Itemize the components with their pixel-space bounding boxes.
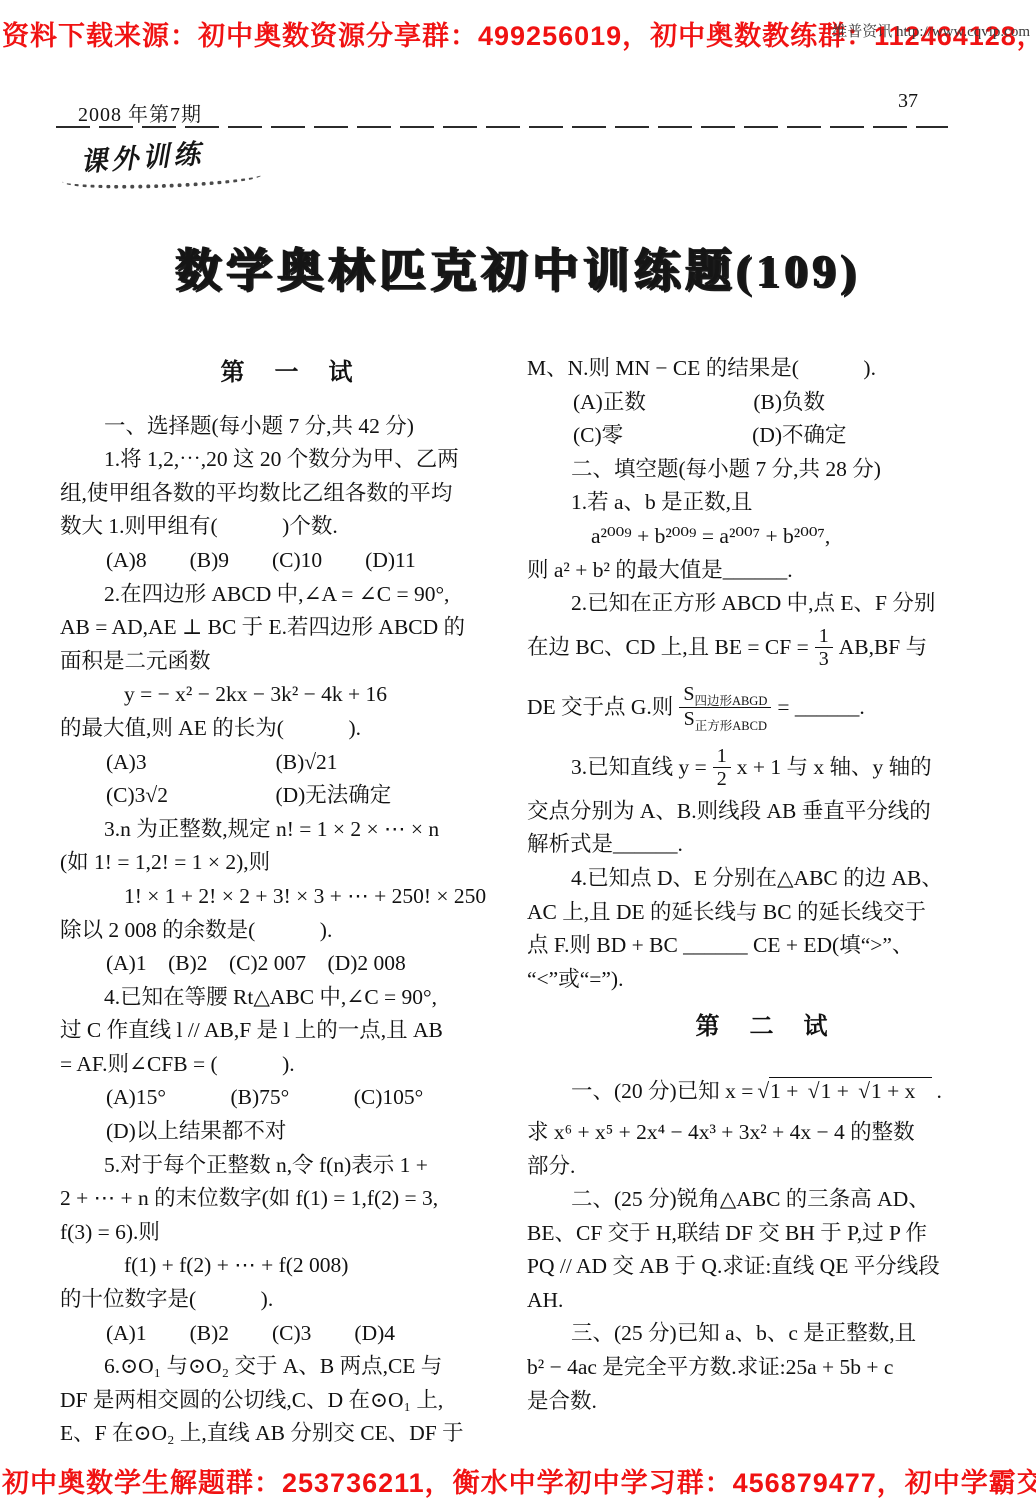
problem-line: 过 C 作直线 l // AB,F 是 l 上的一点,且 AB [60, 1014, 516, 1048]
text-segment: AB,BF 与 [839, 631, 927, 665]
problem-line: M、N.则 MN − CE 的结果是( ). [527, 352, 999, 386]
fraction-denominator: S正方形ABCD [680, 708, 771, 733]
problem-line: 除以 2 008 的余数是( ). [60, 914, 516, 948]
problem-line: 的最大值,则 AE 的长为( ). [60, 712, 516, 746]
problem-line-with-fraction: 3.已知直线 y = 1 2 x + 1 与 x 轴、y 轴的 [527, 741, 999, 795]
problem-line: 1.若 a、b 是正数,且 [527, 486, 999, 520]
options-line: (A)1 (B)2 (C)2 007 (D)2 008 [60, 947, 516, 981]
text-segment: x + 1 与 x 轴、y 轴的 [737, 751, 932, 785]
s-symbol: S [683, 683, 694, 705]
options-line: (C)零 (D)不确定 [527, 419, 999, 453]
text-segment: DE 交于点 G.则 [527, 691, 673, 725]
cqvip-watermark: 维普资讯 http://www.cqvip.com [832, 20, 1030, 41]
s-subscript: 四边形ABGD [694, 694, 767, 708]
formula-line: 1! × 1 + 2! × 2 + 3! × 3 + ⋯ + 250! × 25… [60, 880, 516, 914]
radical-level3: 1 + x [870, 1077, 918, 1103]
options-line: (D)以上结果都不对 [60, 1115, 516, 1149]
problem-line: AB = AD,AE ⊥ BC 于 E.若四边形 ABCD 的 [60, 611, 516, 645]
problem-line: 求 x⁶ + x⁵ + 2x⁴ − 4x³ + 3x² + 4x − 4 的整数 [527, 1116, 999, 1150]
problem-line: “<”或“=”). [527, 963, 999, 997]
options-line: (A)15° (B)75° (C)105° [60, 1081, 516, 1115]
problem-line: 2.在四边形 ABCD 中,∠A = ∠C = 90°, [60, 578, 516, 612]
fraction-one-third: 1 3 [815, 625, 833, 671]
problem-line: 4.已知点 D、E 分别在△ABC 的边 AB、 [527, 862, 999, 896]
nested-radical: 1 + 1 + 1 + x [757, 1075, 932, 1109]
page-number: 37 [898, 90, 918, 113]
problem-line: BE、CF 交于 H,联结 DF 交 BH 于 P,过 P 作 [527, 1217, 999, 1251]
problem-line: AC 上,且 DE 的延长线与 BC 的延长线交于 [527, 896, 999, 930]
area-ratio-fraction: S四边形ABGD S正方形ABCD [679, 683, 771, 733]
problem-line: (如 1! = 1,2! = 1 × 2),则 [60, 846, 516, 880]
problem-line: 则 a² + b² 的最大值是______. [527, 554, 999, 588]
problem-line: 1.将 1,2,⋯,20 这 20 个数分为甲、乙两 [60, 443, 516, 477]
problem-line: 组,使甲组各数的平均数比乙组各数的平均 [60, 477, 516, 511]
nested-radical: 1 + 1 + x [808, 1079, 926, 1103]
formula-line: f(1) + f(2) + ⋯ + f(2 008) [60, 1249, 516, 1283]
problem-line: 6.⊙O₁ 与⊙O₂ 交于 A、B 两点,CE 与 [60, 1350, 516, 1384]
options-line: (A)正数 (B)负数 [527, 386, 999, 420]
problem-line: 2 + ⋯ + n 的末位数字(如 f(1) = 1,f(2) = 3, [60, 1182, 516, 1216]
problem-line: 的十位数字是( ). [60, 1283, 516, 1317]
problem-line: 2.已知在正方形 ABCD 中,点 E、F 分别 [527, 587, 999, 621]
text-segment: . [936, 1075, 941, 1109]
text-segment: = ______. [777, 691, 864, 725]
options-line: (A)1 (B)2 (C)3 (D)4 [60, 1317, 516, 1351]
problem-line: 三、(25 分)已知 a、b、c 是正整数,且 [527, 1317, 999, 1351]
header-rule [56, 126, 948, 128]
promo-banner-bottom: 初中奥数学生解题群：253736211，衡水中学初中学习群：456879477，… [2, 1461, 1036, 1500]
options-line: (A)8 (B)9 (C)10 (D)11 [60, 544, 516, 578]
problem-line: 是合数. [527, 1385, 999, 1419]
test2-heading: 第 二 试 [527, 996, 999, 1068]
s-subscript: 正方形ABCD [695, 719, 767, 733]
right-column: M、N.则 MN − CE 的结果是( ). (A)正数 (B)负数 (C)零 … [527, 352, 999, 1418]
problem-line: = AF.则∠CFB = ( ). [60, 1048, 516, 1082]
s-symbol: S [684, 708, 695, 730]
problem-line: b² − 4ac 是完全平方数.求证:25a + 5b + c [527, 1351, 999, 1385]
problem-line: 面积是二元函数 [60, 645, 516, 679]
section-line: 一、选择题(每小题 7 分,共 42 分) [60, 410, 516, 444]
text-segment: 3.已知直线 y = [571, 751, 707, 785]
formula-line: a²⁰⁰⁹ + b²⁰⁰⁹ = a²⁰⁰⁷ + b²⁰⁰⁷, [527, 520, 999, 554]
problem-line: 交点分别为 A、B.则线段 AB 垂直平分线的 [527, 795, 999, 829]
problem-line: 点 F.则 BD + BC ______ CE + ED(填“>”、 [527, 929, 999, 963]
problem-line: 部分. [527, 1150, 999, 1184]
problem-line: f(3) = 6).则 [60, 1216, 516, 1250]
fraction-numerator: 1 [815, 625, 833, 648]
fraction-numerator: S四边形ABGD [679, 683, 771, 709]
options-line: (C)3√2 (D)无法确定 [60, 779, 516, 813]
problem-line: PQ // AD 交 AB 于 Q.求证:直线 QE 平分线段 [527, 1250, 999, 1284]
problem-line: DF 是两相交圆的公切线,C、D 在⊙O₁ 上, [60, 1384, 516, 1418]
fraction-one-half: 1 2 [713, 745, 731, 791]
fraction-numerator: 1 [713, 745, 731, 768]
problem-line: 5.对于每个正整数 n,令 f(n)表示 1 + [60, 1149, 516, 1183]
radical-level1: 1 + 1 + 1 + x [769, 1077, 932, 1103]
problem-line: 二、(25 分)锐角△ABC 的三条高 AD、 [527, 1183, 999, 1217]
options-line: (A)3 (B)√21 [60, 746, 516, 780]
text-segment: 1 + [821, 1079, 855, 1103]
problem-line: AH. [527, 1284, 999, 1318]
problem-line: E、F 在⊙O₂ 上,直线 AB 分别交 CE、DF 于 [60, 1417, 516, 1451]
text-segment: 在边 BC、CD 上,且 BE = CF = [527, 631, 809, 665]
text-segment: 1 + [770, 1079, 804, 1103]
journal-issue-label: 2008 年第7期 [78, 98, 202, 127]
nested-radical: 1 + x [858, 1079, 918, 1103]
problem-line-with-fraction: 在边 BC、CD 上,且 BE = CF = 1 3 AB,BF 与 [527, 621, 999, 675]
problem-line-with-area-ratio: DE 交于点 G.则 S四边形ABGD S正方形ABCD = ______. [527, 675, 999, 741]
test1-heading: 第 一 试 [60, 352, 516, 410]
problem-line: 3.n 为正整数,规定 n! = 1 × 2 × ⋯ × n [60, 813, 516, 847]
fraction-denominator: 3 [815, 648, 833, 670]
scanned-journal-page: { "banners": { "top": "资料下载来源：初中奥数资源分享群：… [0, 0, 1036, 1500]
formula-line: y = − x² − 2kx − 3k² − 4k + 16 [60, 678, 516, 712]
problem-line-with-radical: 一、(20 分)已知 x = 1 + 1 + 1 + x . [527, 1068, 999, 1116]
problem-line: 数大 1.则甲组有( )个数. [60, 510, 516, 544]
text-segment: 一、(20 分)已知 x = [571, 1075, 753, 1109]
article-title: 数学奥林匹克初中训练题(109) [0, 234, 1036, 300]
problem-line: 解析式是______. [527, 828, 999, 862]
fraction-denominator: 2 [713, 768, 731, 790]
left-column: 第 一 试 一、选择题(每小题 7 分,共 42 分) 1.将 1,2,⋯,20… [60, 352, 516, 1451]
section-line: 二、填空题(每小题 7 分,共 28 分) [527, 453, 999, 487]
radical-level2: 1 + 1 + x [820, 1077, 926, 1103]
problem-line: 4.已知在等腰 Rt△ABC 中,∠C = 90°, [60, 981, 516, 1015]
